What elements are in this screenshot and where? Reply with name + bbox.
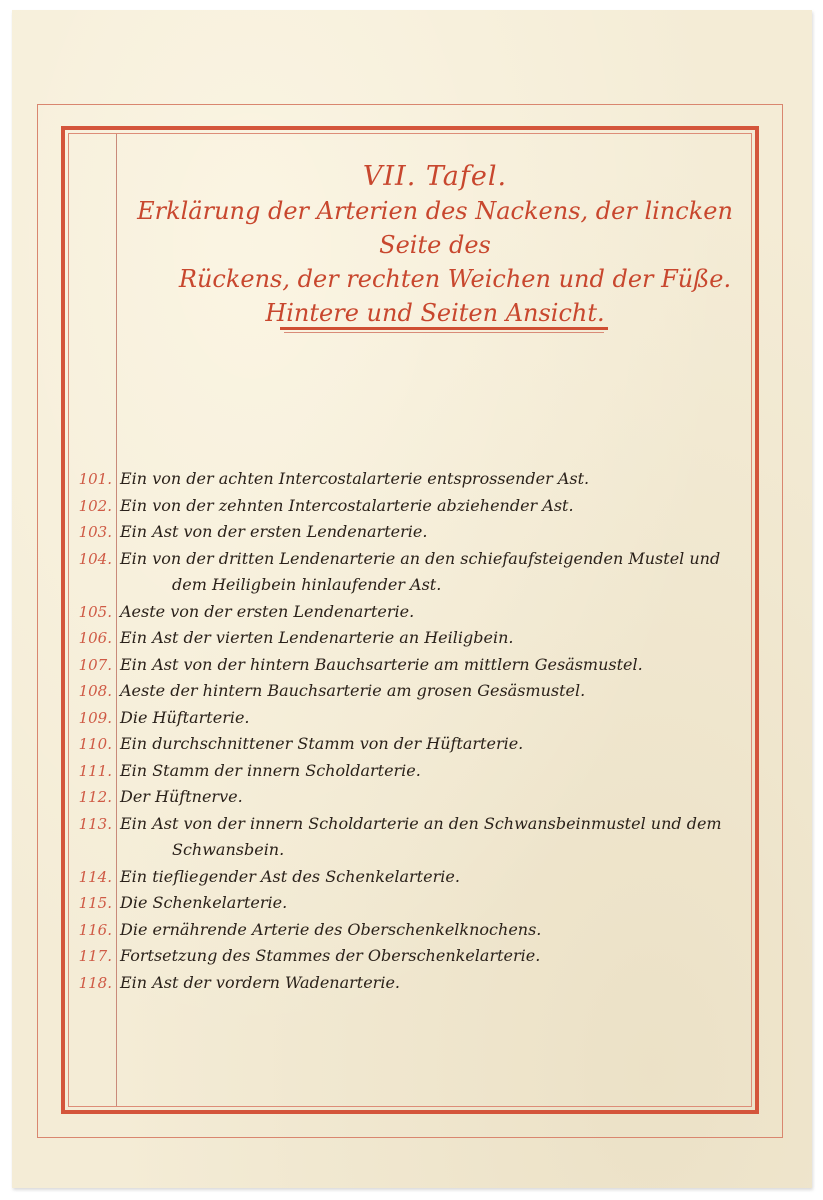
- item-number: 110.: [72, 731, 116, 758]
- heading-line-3: Hintere und Seiten Ansicht.: [118, 296, 752, 330]
- item-text: Aeste der hintern Bauchsarterie am grose…: [116, 678, 585, 705]
- item-number: 104.: [72, 546, 116, 573]
- item-text: Ein Ast von der innern Scholdarterie an …: [120, 814, 722, 833]
- legend-item: 109.Die Hüftarterie.: [72, 705, 752, 732]
- item-text: Die Hüftarterie.: [116, 705, 250, 732]
- legend-item: 104.Ein von der dritten Lendenarterie an…: [72, 546, 752, 599]
- item-text: Ein Ast der vierten Lendenarterie an Hei…: [116, 625, 513, 652]
- legend-item: 102.Ein von der zehnten Intercostalarter…: [72, 493, 752, 520]
- item-number: 113.: [72, 811, 116, 838]
- heading-line-1: Erklärung der Arterien des Nackens, der …: [118, 194, 752, 262]
- legend-item: 116.Die ernährende Arterie des Oberschen…: [72, 917, 752, 944]
- item-number: 109.: [72, 705, 116, 732]
- legend-item: 105.Aeste von der ersten Lendenarterie.: [72, 599, 752, 626]
- heading-underline: [280, 327, 608, 330]
- legend-item: 103.Ein Ast von der ersten Lendenarterie…: [72, 519, 752, 546]
- item-number: 115.: [72, 890, 116, 917]
- item-number: 103.: [72, 519, 116, 546]
- item-text: Ein von der zehnten Intercostalarterie a…: [116, 493, 574, 520]
- legend-item: 113.Ein Ast von der innern Scholdarterie…: [72, 811, 752, 864]
- item-number: 102.: [72, 493, 116, 520]
- item-text: Ein Ast der vordern Wadenarterie.: [116, 970, 400, 997]
- item-text-continuation: Schwansbein.: [120, 837, 722, 864]
- item-text-wrap: Ein von der dritten Lendenarterie an den…: [116, 546, 720, 599]
- item-text: Ein Ast von der hintern Bauchsarterie am…: [116, 652, 643, 679]
- item-number: 114.: [72, 864, 116, 891]
- item-number: 117.: [72, 943, 116, 970]
- item-number: 108.: [72, 678, 116, 705]
- item-number: 116.: [72, 917, 116, 944]
- plate-number: VII. Tafel.: [118, 160, 752, 194]
- item-text: Die ernährende Arterie des Oberschenkelk…: [116, 917, 541, 944]
- item-text-wrap: Ein Ast von der innern Scholdarterie an …: [116, 811, 722, 864]
- item-text: Ein Ast von der ersten Lendenarterie.: [116, 519, 427, 546]
- item-number: 105.: [72, 599, 116, 626]
- item-text: Ein Stamm der innern Scholdarterie.: [116, 758, 421, 785]
- legend-item: 106.Ein Ast der vierten Lendenarterie an…: [72, 625, 752, 652]
- item-number: 106.: [72, 625, 116, 652]
- legend-item: 110.Ein durchschnittener Stamm von der H…: [72, 731, 752, 758]
- legend-item: 107.Ein Ast von der hintern Bauchsarteri…: [72, 652, 752, 679]
- item-number: 111.: [72, 758, 116, 785]
- heading-line-2: Rückens, der rechten Weichen und der Füß…: [118, 262, 752, 296]
- legend-item: 118.Ein Ast der vordern Wadenarterie.: [72, 970, 752, 997]
- legend-item: 114.Ein tiefliegender Ast des Schenkelar…: [72, 864, 752, 891]
- legend-item: 115.Die Schenkelarterie.: [72, 890, 752, 917]
- item-text: Fortsetzung des Stammes der Oberschenkel…: [116, 943, 540, 970]
- item-number: 107.: [72, 652, 116, 679]
- item-text: Die Schenkelarterie.: [116, 890, 287, 917]
- heading-underline-thin: [284, 332, 604, 333]
- legend-item: 117.Fortsetzung des Stammes der Obersche…: [72, 943, 752, 970]
- item-text: Ein durchschnittener Stamm von der Hüfta…: [116, 731, 523, 758]
- legend-item: 101.Ein von der achten Intercostalarteri…: [72, 466, 752, 493]
- legend-list: 101.Ein von der achten Intercostalarteri…: [72, 466, 752, 996]
- item-text: Ein von der dritten Lendenarterie an den…: [120, 549, 720, 568]
- item-text: Ein tiefliegender Ast des Schenkelarteri…: [116, 864, 460, 891]
- legend-item: 112.Der Hüftnerve.: [72, 784, 752, 811]
- item-number: 112.: [72, 784, 116, 811]
- item-number: 118.: [72, 970, 116, 997]
- item-text-continuation: dem Heiligbein hinlaufender Ast.: [120, 572, 720, 599]
- title-block: VII. Tafel. Erklärung der Arterien des N…: [118, 160, 752, 330]
- item-text: Ein von der achten Intercostalarterie en…: [116, 466, 589, 493]
- item-text: Der Hüftnerve.: [116, 784, 243, 811]
- item-number: 101.: [72, 466, 116, 493]
- legend-item: 111.Ein Stamm der innern Scholdarterie.: [72, 758, 752, 785]
- legend-item: 108.Aeste der hintern Bauchsarterie am g…: [72, 678, 752, 705]
- item-text: Aeste von der ersten Lendenarterie.: [116, 599, 414, 626]
